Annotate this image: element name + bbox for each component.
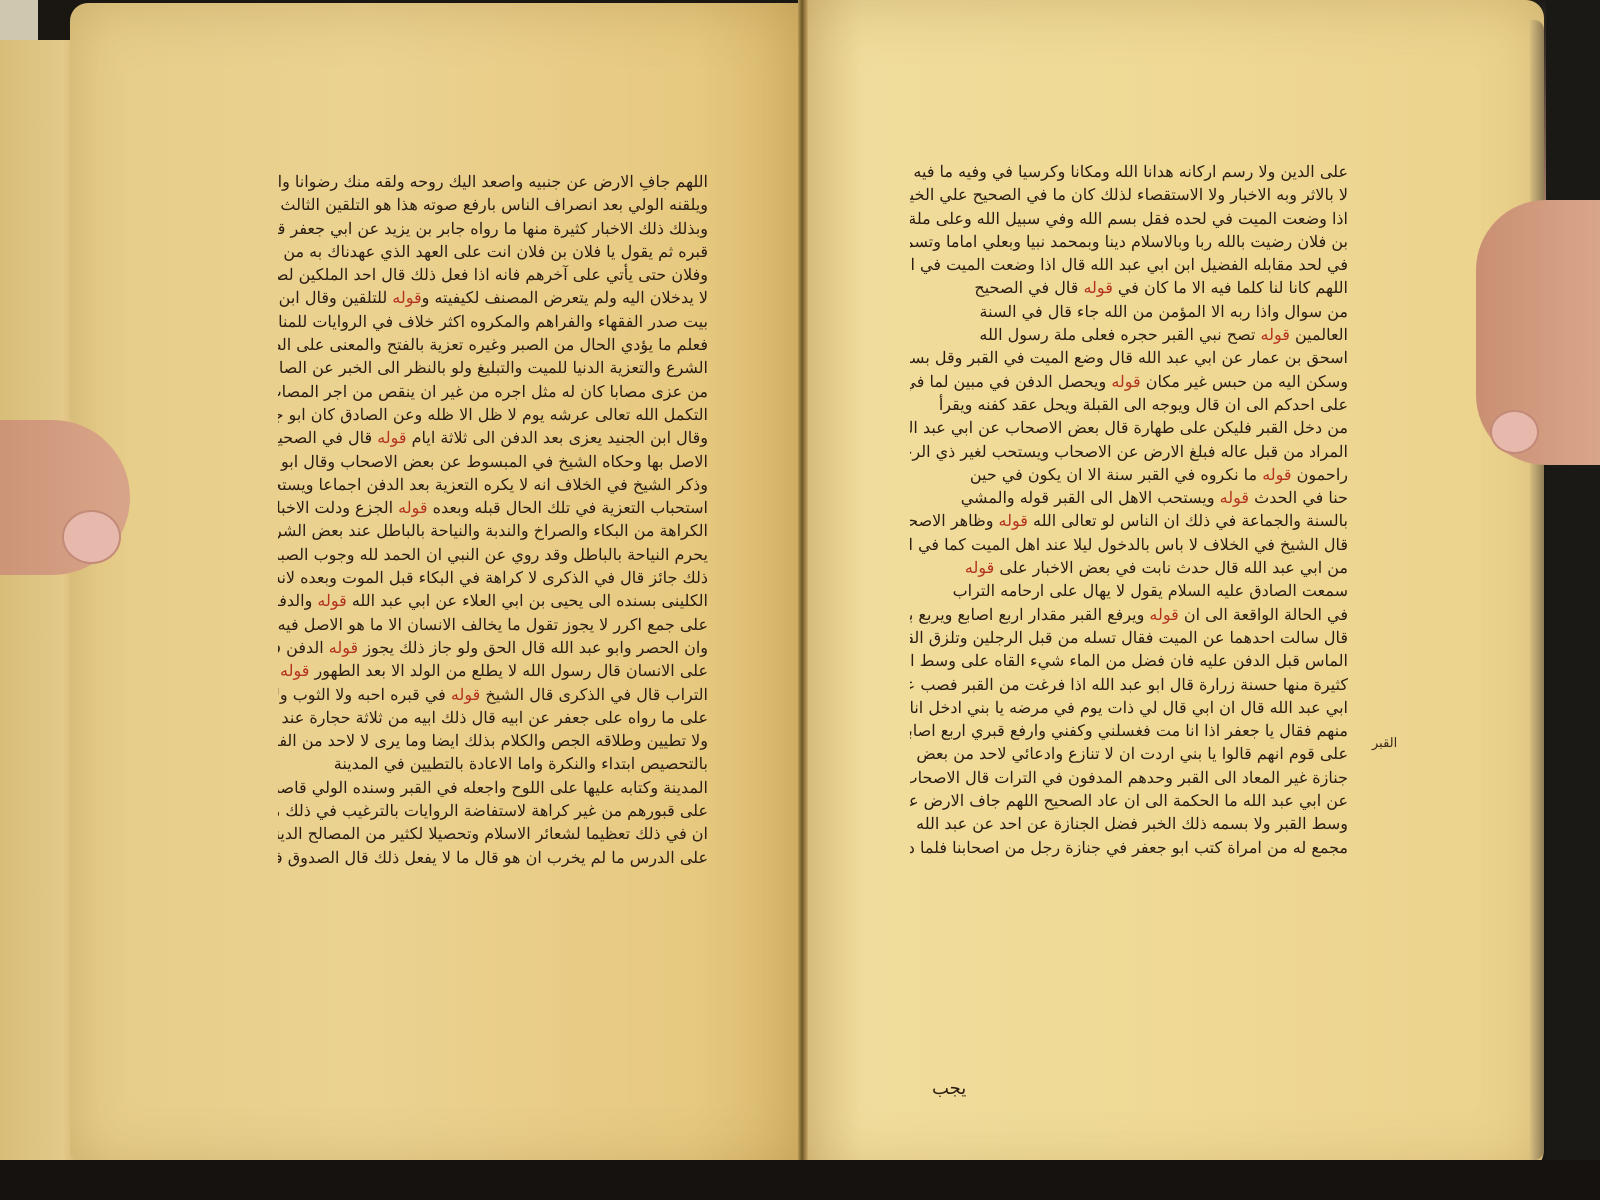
manuscript-line: وبذلك ذلك الاخبار كثيرة منها ما رواه جاب… (278, 217, 708, 240)
manuscript-line: على قبورهم من غير كراهة لاستفاضة الروايا… (278, 799, 708, 822)
manuscript-line: ابي عبد الله قال ان ابي قال لي ذات يوم ف… (910, 696, 1348, 719)
manuscript-line: وفلان حتى يأتي على آخرهم فانه اذا فعل ذل… (278, 263, 708, 286)
manuscript-line: على قوم انهم قالوا يا بني اردت ان لا تنا… (910, 742, 1348, 765)
manuscript-line: في لحد مقابله الفضيل ابن ابي عبد الله قا… (910, 253, 1348, 276)
manuscript-line: بالسنة والجماعة في ذلك ان الناس لو تعالى… (910, 509, 1348, 532)
dark-table-surface (0, 1160, 1600, 1200)
manuscript-line: وسط القبر ولا بسمه ذلك الخبر فضل الجنازة… (910, 812, 1348, 835)
left-page-text-block: اللهم جافِ الارض عن جنبيه واصعد اليك روح… (278, 170, 708, 1000)
manuscript-line: الكلينى بسنده الى يحيى بن ابي العلاء عن … (278, 589, 708, 612)
manuscript-line: المراد من قبل عاله فبلغ الارض عن الاصحاب… (910, 440, 1348, 463)
manuscript-line: راحمون قوله ما نكروه في القبر سنة الا ان… (910, 463, 1348, 486)
manuscript-line: الاصل بها وحكاه الشيخ في المبسوط عن بعض … (278, 450, 708, 473)
manuscript-line: على الانسان قال رسول الله لا يطلع من الو… (278, 659, 708, 682)
rubric-word: قوله (1260, 325, 1289, 344)
manuscript-line: من عزى مصابا كان له مثل اجره من غير ان ي… (278, 380, 708, 403)
rubric-word: قوله (392, 288, 421, 307)
manuscript-line: حنا في الحدث قوله ويستحب الاهل الى القبر… (910, 486, 1348, 509)
manuscript-line: يحرم النياحة بالباطل وقد روي عن النبي ان… (278, 543, 708, 566)
manuscript-line: على جمع اكرر لا يجوز تقول ما يخالف الانس… (278, 613, 708, 636)
rubric-word: قوله (280, 661, 309, 680)
manuscript-line: على ما رواه على جعفر عن ابيه قال ذلك ابي… (278, 706, 708, 729)
manuscript-photo: اللهم جافِ الارض عن جنبيه واصعد اليك روح… (0, 0, 1600, 1200)
manuscript-line: وان الحصر وابو عبد الله قال الحق ولو جاز… (278, 636, 708, 659)
manuscript-line: التراب قال في الذكرى قال الشيخ قوله في ق… (278, 683, 708, 706)
manuscript-line: الكراهة من البكاء والصراخ والندبة والنيا… (278, 519, 708, 542)
manuscript-line: في الحالة الواقعة الى ان قوله ويرفع القب… (910, 603, 1348, 626)
manuscript-line: ان في ذلك تعظيما لشعائر الاسلام وتحصيلا … (278, 822, 708, 845)
manuscript-line: كثيرة منها حسنة زرارة قال ابو عبد الله ا… (910, 673, 1348, 696)
manuscript-line: العالمين قوله تصح نبي القبر حجره فعلى مل… (910, 323, 1348, 346)
right-page-edge (1530, 20, 1544, 1160)
manuscript-line: على احدكم الى ان قال ويوجه الى القبلة وي… (910, 393, 1348, 416)
manuscript-line: اللهم كانا لنا كلما فيه الا ما كان في قو… (910, 276, 1348, 299)
manuscript-line: الشرع والتعزية الدنيا للميت والتبليغ ولو… (278, 356, 708, 379)
manuscript-line: بالتحصيص ابتداء والنكرة واما الاعادة بال… (278, 752, 708, 775)
manuscript-line: لا بالاثر وبه الاخبار ولا الاستقصاء لذلك… (910, 183, 1348, 206)
manuscript-line: اذا وضعت الميت في لحده فقل بسم الله وفي … (910, 207, 1348, 230)
rubric-word: قوله (1220, 488, 1249, 507)
rubric-word: قوله (317, 591, 346, 610)
manuscript-line: منهم فقال يا جعفر اذا انا مت فغسلني وكفن… (910, 719, 1348, 742)
manuscript-line: ولا تطيين وطلاقه الجص والكلام بذلك ايضا … (278, 729, 708, 752)
manuscript-line: لا يدخلان اليه ولم يتعرض المصنف لكيفيته … (278, 286, 708, 309)
rubric-word: قوله (1111, 372, 1140, 391)
dark-background-right (1546, 0, 1600, 1200)
book-gutter (798, 0, 808, 1175)
manuscript-line: اللهم جافِ الارض عن جنبيه واصعد اليك روح… (278, 170, 708, 193)
rubric-word: قوله (910, 814, 911, 833)
manuscript-line: وقال ابن الجنيد يعزى بعد الدفن الى ثلاثة… (278, 426, 708, 449)
rubric-word: قوله (1149, 605, 1178, 624)
manuscript-line: قال الشيخ في الخلاف لا باس بالدخول ليلا … (910, 533, 1348, 556)
manuscript-line: وذكر الشيخ في الخلاف انه لا يكره التعزية… (278, 473, 708, 496)
rubric-word: قوله (1262, 465, 1291, 484)
manuscript-line: على الدرس ما لم يخرب ان هو قال ما لا يفع… (278, 846, 708, 869)
manuscript-line: من ابي عبد الله قال حدث نابت في بعض الاخ… (910, 556, 1348, 579)
background-paper-corner (0, 0, 38, 42)
manuscript-line: قبره ثم يقول يا فلان بن فلان انت على الع… (278, 240, 708, 263)
manuscript-line: مجمع له من امراة كتب ابو جعفر في جنازة ر… (910, 836, 1348, 859)
right-page-marginal-note: القبر (1372, 736, 1397, 751)
manuscript-line: ويلقنه الولي بعد انصراف الناس بارفع صوته… (278, 193, 708, 216)
manuscript-line: على الدين ولا رسم اركانه هدانا الله ومكا… (910, 160, 1348, 183)
manuscript-line: التكمل الله تعالى عرشه يوم لا ظل الا ظله… (278, 403, 708, 426)
catchword: يجب (932, 1078, 966, 1099)
rubric-word: قوله (377, 428, 406, 447)
right-page-text-block: على الدين ولا رسم اركانه هدانا الله ومكا… (910, 160, 1348, 982)
rubric-word: قوله (1083, 278, 1112, 297)
manuscript-line: وسكن اليه من حبس غير مكان قوله ويحصل الد… (910, 370, 1348, 393)
manuscript-line: بيت صدر الفقهاء والفراهم والمكروه اكثر خ… (278, 310, 708, 333)
rubric-word: قوله (999, 511, 1028, 530)
left-thumbnail (62, 510, 121, 564)
right-thumbnail (1490, 410, 1539, 454)
manuscript-line: استحباب التعزية في تلك الحال قبله وبعده … (278, 496, 708, 519)
manuscript-line: عن ابي عبد الله ما الحكمة الى ان عاد الص… (910, 789, 1348, 812)
manuscript-line: سمعت الصادق عليه السلام يقول لا يهال على… (910, 579, 1348, 602)
manuscript-line: المدينة وكتابه عليها على اللوح واجعله في… (278, 776, 708, 799)
rubric-word: قوله (451, 685, 480, 704)
manuscript-line: من سوال واذا ربه الا المؤمن من الله جاء … (910, 300, 1348, 323)
manuscript-line: من دخل القبر فليكن على طهارة قال بعض الا… (910, 416, 1348, 439)
manuscript-line: الماس قبل الدفن عليه فان فضل من الماء شي… (910, 649, 1348, 672)
rubric-word: قوله (965, 558, 994, 577)
manuscript-line: اسحق بن عمار عن ابي عبد الله قال وضع الم… (910, 346, 1348, 369)
manuscript-line: بن فلان رضيت بالله ربا وبالاسلام دينا وب… (910, 230, 1348, 253)
manuscript-line: جنازة غير المعاد الى القبر وحدهم المدفون… (910, 766, 1348, 789)
manuscript-line: ذلك جائز قال في الذكرى لا كراهة في البكا… (278, 566, 708, 589)
manuscript-line: قال سالت احدهما عن الميت فقال تسله من قب… (910, 626, 1348, 649)
manuscript-line: فعلم ما يؤدي الحال من الصبر وغيره تعزية … (278, 333, 708, 356)
rubric-word: قوله (398, 498, 427, 517)
rubric-word: قوله (329, 638, 358, 657)
